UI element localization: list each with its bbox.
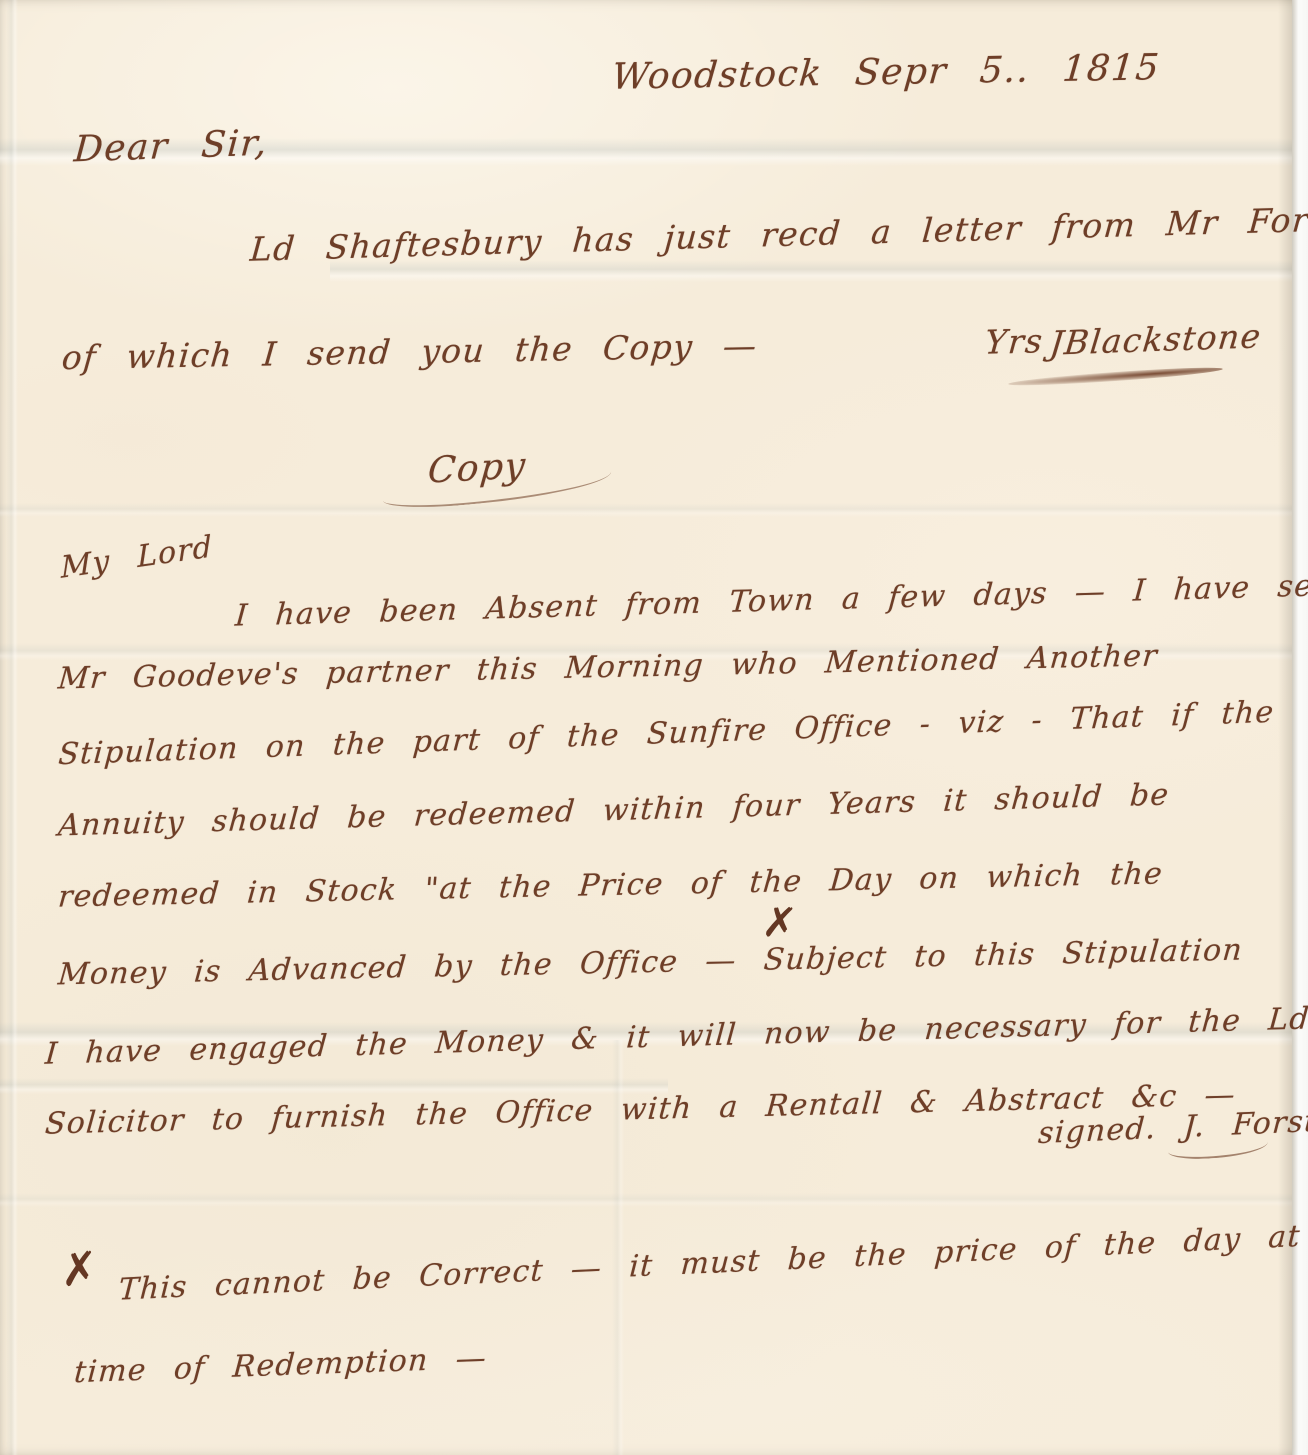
signature-flourish [1008,365,1223,389]
copy-heading: Copy [426,445,528,491]
insertion-cross-icon: ✗ [760,897,799,948]
body-line: Stipulation on the part of the Sunfire O… [57,695,1275,773]
paper-crease [6,0,18,1455]
opening-line: Ld Shaftesbury has just recd a letter fr… [249,198,1308,269]
body-line: Mr Goodeve's partner this Morning who Me… [57,638,1160,696]
sender-signature: JBlackstone [1048,316,1264,363]
paper-crease [330,260,1308,282]
opening-line: of which I send you the Copy — [60,326,759,377]
paper-crease [0,1078,668,1094]
paper-crease [0,1193,1308,1207]
footnote-line: time of Redemption — [73,1341,488,1391]
body-line: I have been Absent from Town a few days … [234,561,1308,633]
letter-page: Woodstock Sepr 5.. 1815 Dear Sir, Ld Sha… [0,0,1308,1455]
paper-crease [0,503,1308,517]
dateline: Woodstock Sepr 5.. 1815 [610,47,1162,98]
footnote-line: This cannot be Correct — it must be the … [118,1215,1308,1307]
body-line: Annuity should be redeemed within four Y… [57,777,1171,843]
body-line: Money is Advanced by the Office — Subjec… [57,933,1245,993]
body-line: I have engaged the Money & it will now b… [44,999,1308,1072]
body-line: redeemed in Stock "at the Price of the D… [57,856,1165,914]
salutation: Dear Sir, [73,123,270,171]
footnote-cross-icon: ✗ [58,1241,100,1298]
copy-salutation: My Lord [60,529,213,586]
valediction: Yrs [983,321,1045,362]
